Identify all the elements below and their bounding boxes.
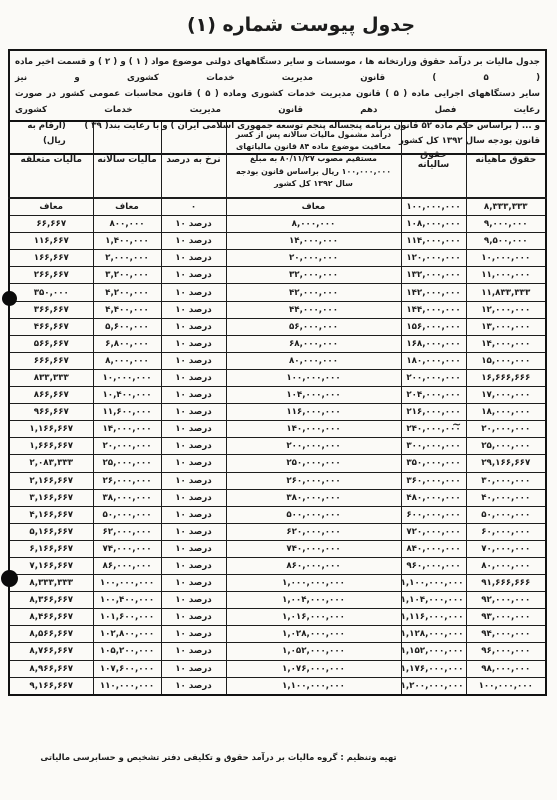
description-line-1: جدول مالیات بر درآمد حقوق وزارتخانه ها ،… (15, 55, 540, 87)
column-header-tax-due: مالیات متعلقه (9, 121, 93, 198)
table-cell: درصد ۱۰ (161, 387, 226, 404)
table-cell: ۵۶,۰۰۰,۰۰۰ (226, 318, 401, 335)
table-cell: ۱۱,۰۰۰,۰۰۰ (466, 267, 546, 284)
table-cell: ۱,۰۱۶,۰۰۰,۰۰۰ (226, 609, 401, 626)
table-cell: ۴۴,۰۰۰,۰۰۰ (226, 301, 401, 318)
table-cell: ۷۲۰,۰۰۰,۰۰۰ (401, 523, 466, 540)
table-cell: ۴,۲۰۰,۰۰۰ (93, 284, 161, 301)
table-cell: ۵,۶۰۰,۰۰۰ (93, 318, 161, 335)
table-cell: ۹۲,۰۰۰,۰۰۰ (466, 592, 546, 609)
table-cell: ۱۱۶,۰۰۰,۰۰۰ (226, 404, 401, 421)
table-cell: ۹,۱۶۶,۶۶۷ (9, 677, 93, 695)
table-cell: درصد ۱۰ (161, 404, 226, 421)
table-cell: ۲۵,۰۰۰,۰۰۰ (93, 455, 161, 472)
table-cell: ۴,۱۶۶,۶۶۷ (9, 506, 93, 523)
table-row: ۲۹,۱۶۶,۶۶۷۳۵۰,۰۰۰,۰۰۰۲۵۰,۰۰۰,۰۰۰درصد ۱۰۲… (9, 455, 546, 472)
table-cell: ۱۰۰,۰۰۰,۰۰۰ (466, 677, 546, 695)
table-cell: ۵۰,۰۰۰,۰۰۰ (93, 506, 161, 523)
table-cell: ۶۶,۶۶۷ (9, 216, 93, 233)
table-cell: ۳۶۰,۰۰۰,۰۰۰ (401, 472, 466, 489)
column-header-annual-tax: مالیات سالانه (93, 121, 161, 198)
table-cell: درصد ۱۰ (161, 455, 226, 472)
table-cell: ۸,۰۰۰,۰۰۰ (226, 216, 401, 233)
table-cell: ۳۸۰,۰۰۰,۰۰۰ (226, 489, 401, 506)
table-cell: ۱۵,۰۰۰,۰۰۰ (466, 352, 546, 369)
table-row: ۱۰۰,۰۰۰,۰۰۰۱,۲۰۰,۰۰۰,۰۰۰۱,۱۰۰,۰۰۰,۰۰۰درص… (9, 677, 546, 695)
table-cell: ۱۰۰,۰۰۰,۰۰۰ (401, 198, 466, 216)
table-cell: ۸,۰۰۰,۰۰۰ (93, 352, 161, 369)
table-cell: ۵,۱۶۶,۶۶۷ (9, 523, 93, 540)
table-cell: درصد ۱۰ (161, 284, 226, 301)
table-row: ۲۰,۰۰۰,۰۰۰۲۴۰,۰۰۰,۰۰۰۱۴۰,۰۰۰,۰۰۰درصد ۱۰۱… (9, 421, 546, 438)
table-row: ۱۵,۰۰۰,۰۰۰۱۸۰,۰۰۰,۰۰۰۸۰,۰۰۰,۰۰۰درصد ۱۰۸,… (9, 352, 546, 369)
table-cell: ۱,۰۷۶,۰۰۰,۰۰۰ (226, 660, 401, 677)
table-cell: ۱۱۰,۰۰۰,۰۰۰ (93, 677, 161, 695)
table-cell: درصد ۱۰ (161, 626, 226, 643)
table-cell: ۱۱۴,۰۰۰,۰۰۰ (401, 233, 466, 250)
table-cell: ۱۸,۰۰۰,۰۰۰ (466, 404, 546, 421)
table-cell: ۸۰,۰۰۰,۰۰۰ (466, 557, 546, 574)
table-cell: ۱,۶۶۶,۶۶۷ (9, 438, 93, 455)
table-cell: ۸,۳۳۳,۳۳۳ (9, 575, 93, 592)
table-cell: درصد ۱۰ (161, 216, 226, 233)
table-cell: درصد ۱۰ (161, 660, 226, 677)
table-cell: ۱۳,۰۰۰,۰۰۰ (466, 318, 546, 335)
table-cell: درصد ۱۰ (161, 352, 226, 369)
table-cell: ۲۹,۱۶۶,۶۶۷ (466, 455, 546, 472)
table-cell: ۱۰۱,۶۰۰,۰۰۰ (93, 609, 161, 626)
tax-table-body: ۸,۳۳۳,۳۳۳۱۰۰,۰۰۰,۰۰۰معاف۰معافمعاف۹,۰۰۰,۰… (9, 198, 546, 695)
table-cell: ۱,۲۰۰,۰۰۰,۰۰۰ (401, 677, 466, 695)
table-cell: ۸۴۰,۰۰۰,۰۰۰ (401, 540, 466, 557)
table-cell: درصد ۱۰ (161, 506, 226, 523)
table-row: ۵۰,۰۰۰,۰۰۰۶۰۰,۰۰۰,۰۰۰۵۰۰,۰۰۰,۰۰۰درصد ۱۰۵… (9, 506, 546, 523)
table-cell: ۱,۱۵۲,۰۰۰,۰۰۰ (401, 643, 466, 660)
table-cell: معاف (93, 198, 161, 216)
table-cell: ۱,۰۰۴,۰۰۰,۰۰۰ (226, 592, 401, 609)
table-cell: ۹۶,۰۰۰,۰۰۰ (466, 643, 546, 660)
table-cell: ۳,۲۰۰,۰۰۰ (93, 267, 161, 284)
table-cell: ۱,۱۰۰,۰۰۰,۰۰۰ (226, 677, 401, 695)
table-cell: ۱۴۰,۰۰۰,۰۰۰ (226, 421, 401, 438)
table-cell: ۱۴,۰۰۰,۰۰۰ (466, 335, 546, 352)
table-cell: درصد ۱۰ (161, 233, 226, 250)
table-cell: ۱۸۰,۰۰۰,۰۰۰ (401, 352, 466, 369)
column-header-taxable-income: درآمد مشمول مالیات سالانه پس از کسر معاف… (226, 121, 401, 198)
table-cell: ۷۴۰,۰۰۰,۰۰۰ (226, 540, 401, 557)
table-cell: ۲۵۰,۰۰۰,۰۰۰ (226, 455, 401, 472)
table-cell: ۱۶,۶۶۶,۶۶۶ (466, 369, 546, 386)
table-cell: ۶۰۰,۰۰۰,۰۰۰ (401, 506, 466, 523)
table-cell: ۱۱,۶۰۰,۰۰۰ (93, 404, 161, 421)
table-cell: ۹,۵۰۰,۰۰۰ (466, 233, 546, 250)
table-cell: ۲۶,۰۰۰,۰۰۰ (93, 472, 161, 489)
table-cell: درصد ۱۰ (161, 643, 226, 660)
table-cell: ۱,۱۷۶,۰۰۰,۰۰۰ (401, 660, 466, 677)
table-cell: ۸,۳۶۶,۶۶۷ (9, 592, 93, 609)
table-row: ۹۶,۰۰۰,۰۰۰۱,۱۵۲,۰۰۰,۰۰۰۱,۰۵۲,۰۰۰,۰۰۰درصد… (9, 643, 546, 660)
table-cell: درصد ۱۰ (161, 250, 226, 267)
footer-credit: تهیه وتنظیم : گروه مالیات بر درآمد حقوق … (0, 752, 557, 762)
table-cell: ۱۶۸,۰۰۰,۰۰۰ (401, 335, 466, 352)
table-row: ۱۸,۰۰۰,۰۰۰۲۱۶,۰۰۰,۰۰۰۱۱۶,۰۰۰,۰۰۰درصد ۱۰۱… (9, 404, 546, 421)
table-cell: درصد ۱۰ (161, 609, 226, 626)
table-row: ۸۰,۰۰۰,۰۰۰۹۶۰,۰۰۰,۰۰۰۸۶۰,۰۰۰,۰۰۰درصد ۱۰۸… (9, 557, 546, 574)
table-cell: ۴۲,۰۰۰,۰۰۰ (226, 284, 401, 301)
table-cell: ۲۶۶,۶۶۷ (9, 267, 93, 284)
table-cell: ۲,۰۸۳,۳۳۳ (9, 455, 93, 472)
table-cell: ۹۶۶,۶۶۷ (9, 404, 93, 421)
table-row: ۱۰,۰۰۰,۰۰۰۱۲۰,۰۰۰,۰۰۰۲۰,۰۰۰,۰۰۰درصد ۱۰۲,… (9, 250, 546, 267)
table-cell: ۴۸۰,۰۰۰,۰۰۰ (401, 489, 466, 506)
table-cell: ۱۴,۰۰۰,۰۰۰ (226, 233, 401, 250)
table-cell: درصد ۱۰ (161, 557, 226, 574)
table-cell: ۲,۰۰۰,۰۰۰ (93, 250, 161, 267)
table-cell: ۱۷,۰۰۰,۰۰۰ (466, 387, 546, 404)
table-cell: ۳۸,۰۰۰,۰۰۰ (93, 489, 161, 506)
table-cell: ۶,۸۰۰,۰۰۰ (93, 335, 161, 352)
table-cell: ۱۶۶,۶۶۷ (9, 250, 93, 267)
table-cell: معاف (226, 198, 401, 216)
table-cell: ۹۸,۰۰۰,۰۰۰ (466, 660, 546, 677)
table-cell: ۹۱,۶۶۶,۶۶۶ (466, 575, 546, 592)
table-cell: ۱,۱۶۶,۶۶۷ (9, 421, 93, 438)
table-cell: ۱۱,۸۳۳,۳۳۳ (466, 284, 546, 301)
table-cell: ۱۲۰,۰۰۰,۰۰۰ (401, 250, 466, 267)
table-cell: ۸۶,۰۰۰,۰۰۰ (93, 557, 161, 574)
table-cell: ۶۶۶,۶۶۷ (9, 352, 93, 369)
table-cell: ۲۰۰,۰۰۰,۰۰۰ (226, 438, 401, 455)
table-cell: ۲۰,۰۰۰,۰۰۰ (93, 438, 161, 455)
table-cell: درصد ۱۰ (161, 301, 226, 318)
table-cell: ۸,۳۳۳,۳۳۳ (466, 198, 546, 216)
table-cell: ۲۰۰,۰۰۰,۰۰۰ (401, 369, 466, 386)
table-cell: ۵۰۰,۰۰۰,۰۰۰ (226, 506, 401, 523)
table-row: ۹۸,۰۰۰,۰۰۰۱,۱۷۶,۰۰۰,۰۰۰۱,۰۷۶,۰۰۰,۰۰۰درصد… (9, 660, 546, 677)
table-cell: ۷,۱۶۶,۶۶۷ (9, 557, 93, 574)
table-cell: ۱۰۰,۰۰۰,۰۰۰ (226, 369, 401, 386)
table-cell: ۷۴,۰۰۰,۰۰۰ (93, 540, 161, 557)
table-cell: درصد ۱۰ (161, 575, 226, 592)
table-row: ۹۴,۰۰۰,۰۰۰۱,۱۲۸,۰۰۰,۰۰۰۱,۰۲۸,۰۰۰,۰۰۰درصد… (9, 626, 546, 643)
table-row: ۹۳,۰۰۰,۰۰۰۱,۱۱۶,۰۰۰,۰۰۰۱,۰۱۶,۰۰۰,۰۰۰درصد… (9, 609, 546, 626)
table-cell: درصد ۱۰ (161, 592, 226, 609)
table-cell: ۲۵,۰۰۰,۰۰۰ (466, 438, 546, 455)
table-cell: ۸۳۳,۳۳۳ (9, 369, 93, 386)
table-cell: ۰ (161, 198, 226, 216)
table-cell: ۳,۱۶۶,۶۶۷ (9, 489, 93, 506)
table-cell: ۱,۱۲۸,۰۰۰,۰۰۰ (401, 626, 466, 643)
table-cell: ۲۰,۰۰۰,۰۰۰ (466, 421, 546, 438)
table-row: ۹,۵۰۰,۰۰۰۱۱۴,۰۰۰,۰۰۰۱۴,۰۰۰,۰۰۰درصد ۱۰۱,۴… (9, 233, 546, 250)
table-cell: ۱۰۰,۰۰۰,۰۰۰ (93, 575, 161, 592)
table-cell: ۸۰,۰۰۰,۰۰۰ (226, 352, 401, 369)
table-cell: ۸,۵۶۶,۶۶۷ (9, 626, 93, 643)
table-cell: درصد ۱۰ (161, 677, 226, 695)
table-cell: ۳۵۰,۰۰۰ (9, 284, 93, 301)
table-cell: ۱۴۴,۰۰۰,۰۰۰ (401, 301, 466, 318)
table-cell: ۱,۰۲۸,۰۰۰,۰۰۰ (226, 626, 401, 643)
table-cell: ۵۰,۰۰۰,۰۰۰ (466, 506, 546, 523)
description-line-2: سایر دستگاههای اجرایی ماده ( ۵ ) قانون م… (15, 87, 540, 119)
table-cell: ۹۶۰,۰۰۰,۰۰۰ (401, 557, 466, 574)
table-row: ۹۲,۰۰۰,۰۰۰۱,۱۰۴,۰۰۰,۰۰۰۱,۰۰۴,۰۰۰,۰۰۰درصد… (9, 592, 546, 609)
table-cell: ۴۰,۰۰۰,۰۰۰ (466, 489, 546, 506)
table-header-row: حقوق ماهیانه حقوق سالیانه درآمد مشمول ما… (9, 121, 546, 198)
table-cell: درصد ۱۰ (161, 540, 226, 557)
table-cell: ۸۰۰,۰۰۰ (93, 216, 161, 233)
table-row: ۷۰,۰۰۰,۰۰۰۸۴۰,۰۰۰,۰۰۰۷۴۰,۰۰۰,۰۰۰درصد ۱۰۷… (9, 540, 546, 557)
table-cell: ۴۶۶,۶۶۷ (9, 318, 93, 335)
table-row: ۶۰,۰۰۰,۰۰۰۷۲۰,۰۰۰,۰۰۰۶۲۰,۰۰۰,۰۰۰درصد ۱۰۶… (9, 523, 546, 540)
table-cell: درصد ۱۰ (161, 369, 226, 386)
table-row: ۱۷,۰۰۰,۰۰۰۲۰۴,۰۰۰,۰۰۰۱۰۴,۰۰۰,۰۰۰درصد ۱۰۱… (9, 387, 546, 404)
table-cell: ۱۰,۰۰۰,۰۰۰ (93, 369, 161, 386)
table-cell: درصد ۱۰ (161, 335, 226, 352)
table-cell: ۱۴,۰۰۰,۰۰۰ (93, 421, 161, 438)
table-cell: ۱۴۲,۰۰۰,۰۰۰ (401, 284, 466, 301)
table-cell: ۱۵۶,۰۰۰,۰۰۰ (401, 318, 466, 335)
table-cell: درصد ۱۰ (161, 489, 226, 506)
table-cell: ۱۰۲,۸۰۰,۰۰۰ (93, 626, 161, 643)
table-cell: درصد ۱۰ (161, 267, 226, 284)
table-row: ۲۵,۰۰۰,۰۰۰۳۰۰,۰۰۰,۰۰۰۲۰۰,۰۰۰,۰۰۰درصد ۱۰۲… (9, 438, 546, 455)
table-cell: درصد ۱۰ (161, 472, 226, 489)
column-header-annual-salary: حقوق سالیانه (401, 121, 466, 198)
table-cell: ۳۰۰,۰۰۰,۰۰۰ (401, 438, 466, 455)
table-cell: ۸,۹۶۶,۶۶۷ (9, 660, 93, 677)
handwritten-mark: ~ (452, 418, 461, 431)
table-row: ۸,۳۳۳,۳۳۳۱۰۰,۰۰۰,۰۰۰معاف۰معافمعاف (9, 198, 546, 216)
column-header-monthly-salary: حقوق ماهیانه (466, 121, 546, 198)
table-cell: ۷۰,۰۰۰,۰۰۰ (466, 540, 546, 557)
table-cell: ۱۰۴,۰۰۰,۰۰۰ (226, 387, 401, 404)
table-cell: ۲۶۰,۰۰۰,۰۰۰ (226, 472, 401, 489)
table-cell: ۶۲۰,۰۰۰,۰۰۰ (226, 523, 401, 540)
table-cell: ۱۱۶,۶۶۷ (9, 233, 93, 250)
column-header-rate-percent: نرخ به درصد (161, 121, 226, 198)
table-cell: ۱۰,۴۰۰,۰۰۰ (93, 387, 161, 404)
table-cell: ۶۲,۰۰۰,۰۰۰ (93, 523, 161, 540)
table-cell: ۶,۱۶۶,۶۶۷ (9, 540, 93, 557)
table-cell: درصد ۱۰ (161, 523, 226, 540)
table-cell: درصد ۱۰ (161, 438, 226, 455)
table-cell: ۲۰۴,۰۰۰,۰۰۰ (401, 387, 466, 404)
page-title: جدول پیوست شماره (۱) (0, 14, 557, 36)
salary-tax-table: حقوق ماهیانه حقوق سالیانه درآمد مشمول ما… (8, 120, 547, 696)
table-row: ۹۱,۶۶۶,۶۶۶۱,۱۰۰,۰۰۰,۰۰۰۱,۰۰۰,۰۰۰,۰۰۰درصد… (9, 575, 546, 592)
table-row: ۴۰,۰۰۰,۰۰۰۴۸۰,۰۰۰,۰۰۰۳۸۰,۰۰۰,۰۰۰درصد ۱۰۳… (9, 489, 546, 506)
table-cell: ۱۰۰,۴۰۰,۰۰۰ (93, 592, 161, 609)
table-cell: ۱۳۲,۰۰۰,۰۰۰ (401, 267, 466, 284)
table-cell: ۱,۱۰۴,۰۰۰,۰۰۰ (401, 592, 466, 609)
table-cell: ۱۰۵,۲۰۰,۰۰۰ (93, 643, 161, 660)
table-cell: ۱۰,۰۰۰,۰۰۰ (466, 250, 546, 267)
table-cell: ۱,۴۰۰,۰۰۰ (93, 233, 161, 250)
table-row: ۱۳,۰۰۰,۰۰۰۱۵۶,۰۰۰,۰۰۰۵۶,۰۰۰,۰۰۰درصد ۱۰۵,… (9, 318, 546, 335)
table-row: ۹,۰۰۰,۰۰۰۱۰۸,۰۰۰,۰۰۰۸,۰۰۰,۰۰۰درصد ۱۰۸۰۰,… (9, 216, 546, 233)
scanned-document-page: جدول پیوست شماره (۱) جدول مالیات بر درآم… (0, 0, 557, 800)
table-row: ۱۲,۰۰۰,۰۰۰۱۴۴,۰۰۰,۰۰۰۴۴,۰۰۰,۰۰۰درصد ۱۰۴,… (9, 301, 546, 318)
table-cell: ۱,۱۱۶,۰۰۰,۰۰۰ (401, 609, 466, 626)
table-cell: ۴,۴۰۰,۰۰۰ (93, 301, 161, 318)
table-cell: درصد ۱۰ (161, 421, 226, 438)
table-row: ۱۴,۰۰۰,۰۰۰۱۶۸,۰۰۰,۰۰۰۶۸,۰۰۰,۰۰۰درصد ۱۰۶,… (9, 335, 546, 352)
table-cell: ۱۰۷,۶۰۰,۰۰۰ (93, 660, 161, 677)
table-cell: ۸۶۰,۰۰۰,۰۰۰ (226, 557, 401, 574)
table-cell: ۱,۰۵۲,۰۰۰,۰۰۰ (226, 643, 401, 660)
table-cell: ۳۶۶,۶۶۷ (9, 301, 93, 318)
table-cell: ۱,۱۰۰,۰۰۰,۰۰۰ (401, 575, 466, 592)
table-cell: ۲,۱۶۶,۶۶۷ (9, 472, 93, 489)
table-cell: ۱۲,۰۰۰,۰۰۰ (466, 301, 546, 318)
table-cell: ۳۲,۰۰۰,۰۰۰ (226, 267, 401, 284)
table-cell: ۸۶۶,۶۶۷ (9, 387, 93, 404)
table-cell: ۶۸,۰۰۰,۰۰۰ (226, 335, 401, 352)
table-cell: ۹۳,۰۰۰,۰۰۰ (466, 609, 546, 626)
table-cell: ۹۴,۰۰۰,۰۰۰ (466, 626, 546, 643)
table-cell: ۱,۰۰۰,۰۰۰,۰۰۰ (226, 575, 401, 592)
table-row: ۳۰,۰۰۰,۰۰۰۳۶۰,۰۰۰,۰۰۰۲۶۰,۰۰۰,۰۰۰درصد ۱۰۲… (9, 472, 546, 489)
table-cell: ۸,۴۶۶,۶۶۷ (9, 609, 93, 626)
table-cell: ۶۰,۰۰۰,۰۰۰ (466, 523, 546, 540)
ink-dot (2, 291, 17, 306)
ink-dot (1, 570, 18, 587)
table-row: ۱۱,۸۳۳,۳۳۳۱۴۲,۰۰۰,۰۰۰۴۲,۰۰۰,۰۰۰درصد ۱۰۴,… (9, 284, 546, 301)
table-cell: ۵۶۶,۶۶۷ (9, 335, 93, 352)
table-cell: ۱۰۸,۰۰۰,۰۰۰ (401, 216, 466, 233)
table-cell: ۹,۰۰۰,۰۰۰ (466, 216, 546, 233)
table-row: ۱۱,۰۰۰,۰۰۰۱۳۲,۰۰۰,۰۰۰۳۲,۰۰۰,۰۰۰درصد ۱۰۳,… (9, 267, 546, 284)
table-cell: ۳۵۰,۰۰۰,۰۰۰ (401, 455, 466, 472)
table-cell: ۸,۷۶۶,۶۶۷ (9, 643, 93, 660)
table-cell: معاف (9, 198, 93, 216)
table-cell: ۳۰,۰۰۰,۰۰۰ (466, 472, 546, 489)
table-cell: ۲۰,۰۰۰,۰۰۰ (226, 250, 401, 267)
table-cell: درصد ۱۰ (161, 318, 226, 335)
table-row: ۱۶,۶۶۶,۶۶۶۲۰۰,۰۰۰,۰۰۰۱۰۰,۰۰۰,۰۰۰درصد ۱۰۱… (9, 369, 546, 386)
